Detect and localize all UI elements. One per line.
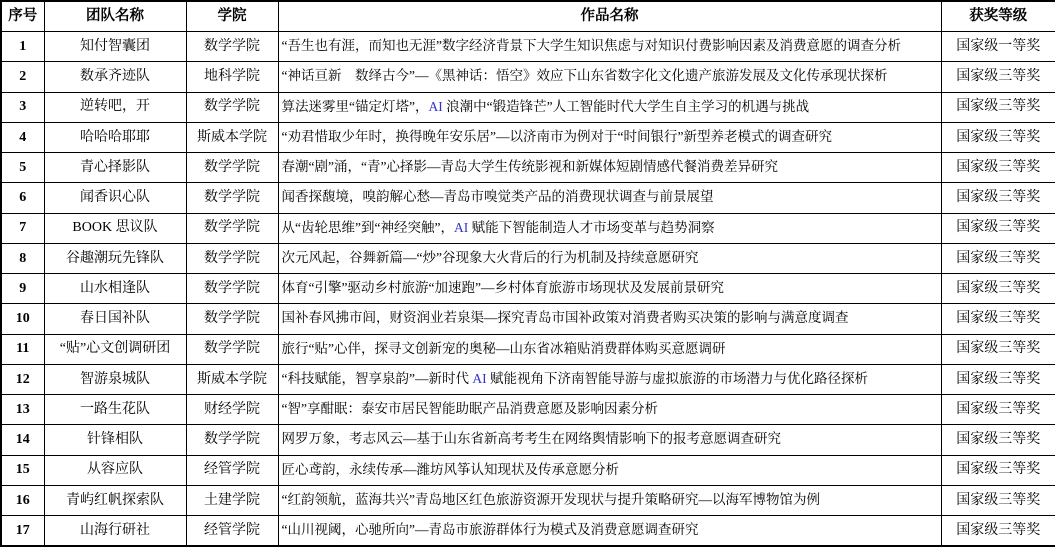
table-row: 8谷趣潮玩先锋队数学学院次元风起，谷舞新篇—“炒”谷现象大火背后的行为机制及持续… — [1, 243, 1055, 273]
work-title-cell: 体育“引擎”驱动乡村旅游“加速跑”—乡村体育旅游市场现状及发展前景研究 — [278, 274, 941, 304]
college-cell: 斯威本学院 — [186, 122, 278, 152]
row-number-cell: 13 — [1, 395, 44, 425]
award-level-cell: 国家级三等奖 — [941, 485, 1055, 515]
table-row: 10春日国补队数学学院国补春风拂市闾，财资润业若泉渠—探究青岛市国补政策对消费者… — [1, 304, 1055, 334]
award-level-cell: 国家级三等奖 — [941, 455, 1055, 485]
award-level-cell: 国家级三等奖 — [941, 243, 1055, 273]
row-number-cell: 8 — [1, 243, 44, 273]
column-header-no: 序号 — [1, 1, 44, 32]
highlighted-token: AI — [472, 371, 486, 386]
column-header-college: 学院 — [186, 1, 278, 32]
college-cell: 土建学院 — [186, 485, 278, 515]
award-level-cell: 国家级三等奖 — [941, 304, 1055, 334]
work-title-cell: 算法迷雾里“锚定灯塔”，AI 浪潮中“锻造锋芒”人工智能时代大学生自主学习的机遇… — [278, 92, 941, 122]
table-row: 1知付智囊团数学学院“吾生也有涯，而知也无涯”数字经济背景下大学生知识焦虑与对知… — [1, 32, 1055, 62]
work-title-cell: 闻香探馥境，嗅韵解心愁—青岛市嗅觉类产品的消费现状调查与前景展望 — [278, 183, 941, 213]
team-name-cell: 数承齐迹队 — [44, 62, 186, 92]
work-title-cell: 匠心鸢韵，永续传承—潍坊风筝认知现状及传承意愿分析 — [278, 455, 941, 485]
work-title-cell: “智”享酣眠：泰安市居民智能助眠产品消费意愿及影响因素分析 — [278, 395, 941, 425]
award-level-cell: 国家级三等奖 — [941, 274, 1055, 304]
highlighted-token: AI — [454, 220, 468, 235]
work-title-cell: “劝君惜取少年时，换得晚年安乐居”—以济南市为例对于“时间银行”新型养老模式的调… — [278, 122, 941, 152]
team-name-cell: BOOK 思议队 — [44, 213, 186, 243]
table-row: 16青屿红帆探索队土建学院“红韵领航，蓝海共兴”青岛地区红色旅游资源开发现状与提… — [1, 485, 1055, 515]
column-header-title: 作品名称 — [278, 1, 941, 32]
award-level-cell: 国家级一等奖 — [941, 32, 1055, 62]
award-level-cell: 国家级三等奖 — [941, 62, 1055, 92]
award-level-cell: 国家级三等奖 — [941, 153, 1055, 183]
table-row: 2数承齐迹队地科学院“神话亘新 数绎古今”—《黑神话：悟空》效应下山东省数字化文… — [1, 62, 1055, 92]
row-number-cell: 4 — [1, 122, 44, 152]
college-cell: 数学学院 — [186, 92, 278, 122]
highlighted-token: AI — [428, 99, 442, 114]
college-cell: 经管学院 — [186, 516, 278, 547]
award-level-cell: 国家级三等奖 — [941, 92, 1055, 122]
row-number-cell: 9 — [1, 274, 44, 304]
college-cell: 数学学院 — [186, 243, 278, 273]
row-number-cell: 3 — [1, 92, 44, 122]
team-name-cell: 谷趣潮玩先锋队 — [44, 243, 186, 273]
team-name-cell: 青屿红帆探索队 — [44, 485, 186, 515]
college-cell: 斯威本学院 — [186, 364, 278, 394]
work-title-cell: 网罗万象，考志风云—基于山东省新高考考生在网络舆情影响下的报考意愿调查研究 — [278, 425, 941, 455]
team-name-cell: 春日国补队 — [44, 304, 186, 334]
team-name-cell: 山水相逢队 — [44, 274, 186, 304]
award-level-cell: 国家级三等奖 — [941, 213, 1055, 243]
table-body: 1知付智囊团数学学院“吾生也有涯，而知也无涯”数字经济背景下大学生知识焦虑与对知… — [1, 32, 1055, 547]
table-header: 序号团队名称学院作品名称获奖等级 — [1, 1, 1055, 32]
table-row: 14针锋相队数学学院网罗万象，考志风云—基于山东省新高考考生在网络舆情影响下的报… — [1, 425, 1055, 455]
award-level-cell: 国家级三等奖 — [941, 364, 1055, 394]
college-cell: 经管学院 — [186, 455, 278, 485]
row-number-cell: 16 — [1, 485, 44, 515]
row-number-cell: 11 — [1, 334, 44, 364]
column-header-team: 团队名称 — [44, 1, 186, 32]
college-cell: 数学学院 — [186, 304, 278, 334]
work-title-cell: “红韵领航，蓝海共兴”青岛地区红色旅游资源开发现状与提升策略研究—以海军博物馆为… — [278, 485, 941, 515]
award-level-cell: 国家级三等奖 — [941, 334, 1055, 364]
table-row: 5青心择影队数学学院春潮“剧”涌，“青”心择影—青岛大学生传统影视和新媒体短剧情… — [1, 153, 1055, 183]
row-number-cell: 6 — [1, 183, 44, 213]
row-number-cell: 7 — [1, 213, 44, 243]
work-title-cell: “吾生也有涯，而知也无涯”数字经济背景下大学生知识焦虑与对知识付费影响因素及消费… — [278, 32, 941, 62]
column-header-award: 获奖等级 — [941, 1, 1055, 32]
work-title-cell: “山川视阈，心驰所向”—青岛市旅游群体行为模式及消费意愿调查研究 — [278, 516, 941, 547]
work-title-cell: 旅行“贴”心伴，探寻文创新宠的奥秘—山东省冰箱贴消费群体购买意愿调研 — [278, 334, 941, 364]
work-title-cell: 春潮“剧”涌，“青”心择影—青岛大学生传统影视和新媒体短剧情感代餐消费差异研究 — [278, 153, 941, 183]
team-name-cell: 知付智囊团 — [44, 32, 186, 62]
college-cell: 数学学院 — [186, 153, 278, 183]
college-cell: 数学学院 — [186, 213, 278, 243]
award-level-cell: 国家级三等奖 — [941, 425, 1055, 455]
table-row: 6闻香识心队数学学院闻香探馥境，嗅韵解心愁—青岛市嗅觉类产品的消费现状调查与前景… — [1, 183, 1055, 213]
team-name-cell: 针锋相队 — [44, 425, 186, 455]
row-number-cell: 5 — [1, 153, 44, 183]
work-title-cell: 国补春风拂市闾，财资润业若泉渠—探究青岛市国补政策对消费者购买决策的影响与满意度… — [278, 304, 941, 334]
college-cell: 数学学院 — [186, 32, 278, 62]
row-number-cell: 14 — [1, 425, 44, 455]
table-row: 3逆转吧，开数学学院算法迷雾里“锚定灯塔”，AI 浪潮中“锻造锋芒”人工智能时代… — [1, 92, 1055, 122]
awards-table: 序号团队名称学院作品名称获奖等级 1知付智囊团数学学院“吾生也有涯，而知也无涯”… — [0, 0, 1055, 547]
row-number-cell: 15 — [1, 455, 44, 485]
table-row: 11“贴”心文创调研团数学学院旅行“贴”心伴，探寻文创新宠的奥秘—山东省冰箱贴消… — [1, 334, 1055, 364]
table-row: 12智游泉城队斯威本学院“科技赋能，智享泉韵”—新时代 AI 赋能视角下济南智能… — [1, 364, 1055, 394]
team-name-cell: 哈哈哈耶耶 — [44, 122, 186, 152]
award-level-cell: 国家级三等奖 — [941, 183, 1055, 213]
row-number-cell: 17 — [1, 516, 44, 547]
work-title-cell: “科技赋能，智享泉韵”—新时代 AI 赋能视角下济南智能导游与虚拟旅游的市场潜力… — [278, 364, 941, 394]
team-name-cell: 闻香识心队 — [44, 183, 186, 213]
team-name-cell: 逆转吧，开 — [44, 92, 186, 122]
team-name-cell: 一路生花队 — [44, 395, 186, 425]
team-name-cell: 山海行研社 — [44, 516, 186, 547]
college-cell: 数学学院 — [186, 183, 278, 213]
work-title-cell: 次元风起，谷舞新篇—“炒”谷现象大火背后的行为机制及持续意愿研究 — [278, 243, 941, 273]
college-cell: 地科学院 — [186, 62, 278, 92]
college-cell: 数学学院 — [186, 274, 278, 304]
team-name-cell: 青心择影队 — [44, 153, 186, 183]
work-title-cell: “神话亘新 数绎古今”—《黑神话：悟空》效应下山东省数字化文化遗产旅游发展及文化… — [278, 62, 941, 92]
table-row: 17山海行研社经管学院“山川视阈，心驰所向”—青岛市旅游群体行为模式及消费意愿调… — [1, 516, 1055, 547]
header-row: 序号团队名称学院作品名称获奖等级 — [1, 1, 1055, 32]
work-title-cell: 从“齿轮思维”到“神经突触”，AI 赋能下智能制造人才市场变革与趋势洞察 — [278, 213, 941, 243]
row-number-cell: 1 — [1, 32, 44, 62]
team-name-cell: 从容应队 — [44, 455, 186, 485]
row-number-cell: 12 — [1, 364, 44, 394]
table-row: 7BOOK 思议队数学学院从“齿轮思维”到“神经突触”，AI 赋能下智能制造人才… — [1, 213, 1055, 243]
table-row: 9山水相逢队数学学院体育“引擎”驱动乡村旅游“加速跑”—乡村体育旅游市场现状及发… — [1, 274, 1055, 304]
table-row: 15从容应队经管学院匠心鸢韵，永续传承—潍坊风筝认知现状及传承意愿分析国家级三等… — [1, 455, 1055, 485]
award-table-sheet: 序号团队名称学院作品名称获奖等级 1知付智囊团数学学院“吾生也有涯，而知也无涯”… — [0, 0, 1055, 547]
award-level-cell: 国家级三等奖 — [941, 516, 1055, 547]
table-row: 4哈哈哈耶耶斯威本学院“劝君惜取少年时，换得晚年安乐居”—以济南市为例对于“时间… — [1, 122, 1055, 152]
award-level-cell: 国家级三等奖 — [941, 395, 1055, 425]
row-number-cell: 10 — [1, 304, 44, 334]
college-cell: 数学学院 — [186, 425, 278, 455]
team-name-cell: “贴”心文创调研团 — [44, 334, 186, 364]
team-name-cell: 智游泉城队 — [44, 364, 186, 394]
table-row: 13一路生花队财经学院“智”享酣眠：泰安市居民智能助眠产品消费意愿及影响因素分析… — [1, 395, 1055, 425]
college-cell: 财经学院 — [186, 395, 278, 425]
college-cell: 数学学院 — [186, 334, 278, 364]
row-number-cell: 2 — [1, 62, 44, 92]
award-level-cell: 国家级三等奖 — [941, 122, 1055, 152]
